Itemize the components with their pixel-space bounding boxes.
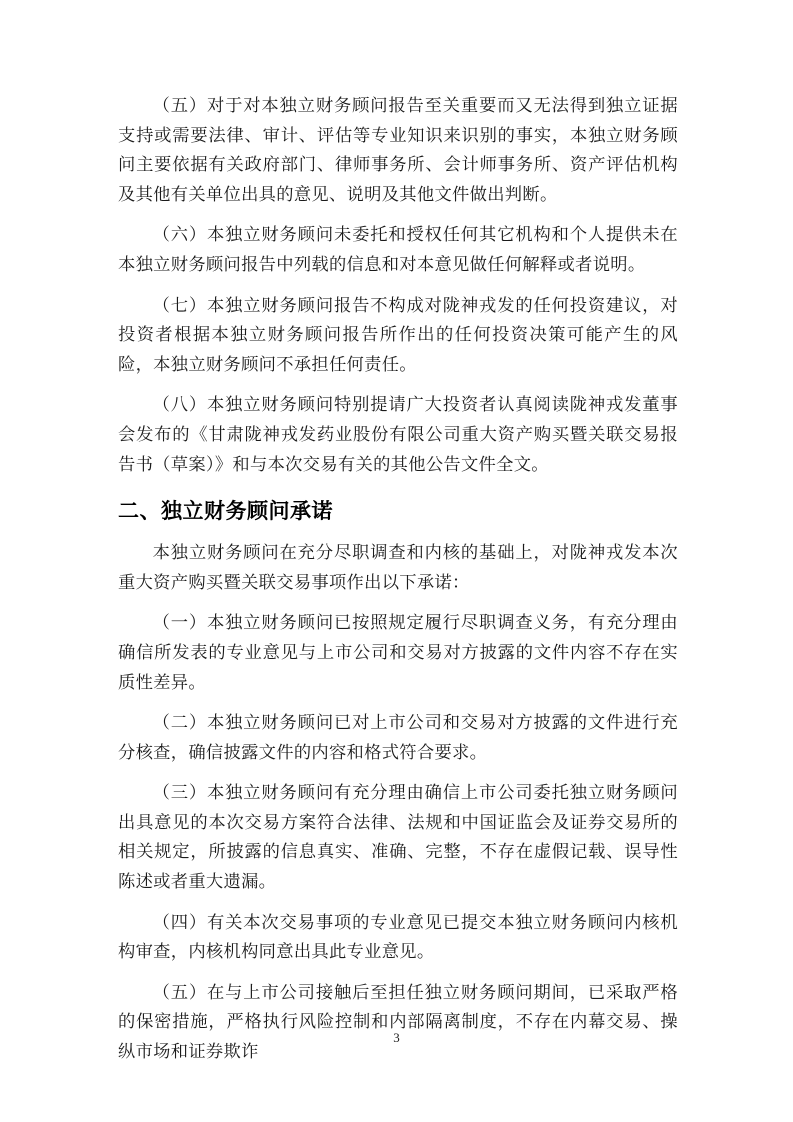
commitment-4: （四）有关本次交易事项的专业意见已提交本独立财务顾问内核机构审查，内核机构同意出…	[118, 909, 678, 968]
commitment-1: （一）本独立财务顾问已按照规定履行尽职调查义务，有充分理由确信所发表的专业意见与…	[118, 609, 678, 698]
paragraph-disclaimer-8: （八）本独立财务顾问特别提请广大投资者认真阅读陇神戎发董事会发布的《甘肃陇神戎发…	[118, 391, 678, 480]
page-number: 3	[0, 1030, 793, 1046]
paragraph-disclaimer-6: （六）本独立财务顾问未委托和授权任何其它机构和个人提供未在本独立财务顾问报告中列…	[118, 221, 678, 280]
section-intro: 本独立财务顾问在充分尽职调查和内核的基础上，对陇神戎发本次重大资产购买暨关联交易…	[118, 539, 678, 598]
commitment-3: （三）本独立财务顾问有充分理由确信上市公司委托独立财务顾问出具意见的本次交易方案…	[118, 779, 678, 897]
commitment-2: （二）本独立财务顾问已对上市公司和交易对方披露的文件进行充分核查，确信披露文件的…	[118, 709, 678, 768]
commitment-5: （五）在与上市公司接触后至担任独立财务顾问期间，已采取严格的保密措施，严格执行风…	[118, 979, 678, 1068]
paragraph-disclaimer-5: （五）对于对本独立财务顾问报告至关重要而又无法得到独立证据支持或需要法律、审计、…	[118, 92, 678, 210]
document-page: （五）对于对本独立财务顾问报告至关重要而又无法得到独立证据支持或需要法律、审计、…	[118, 92, 678, 1079]
paragraph-disclaimer-7: （七）本独立财务顾问报告不构成对陇神戎发的任何投资建议，对投资者根据本独立财务顾…	[118, 292, 678, 381]
section-heading: 二、独立财务顾问承诺	[118, 496, 678, 526]
